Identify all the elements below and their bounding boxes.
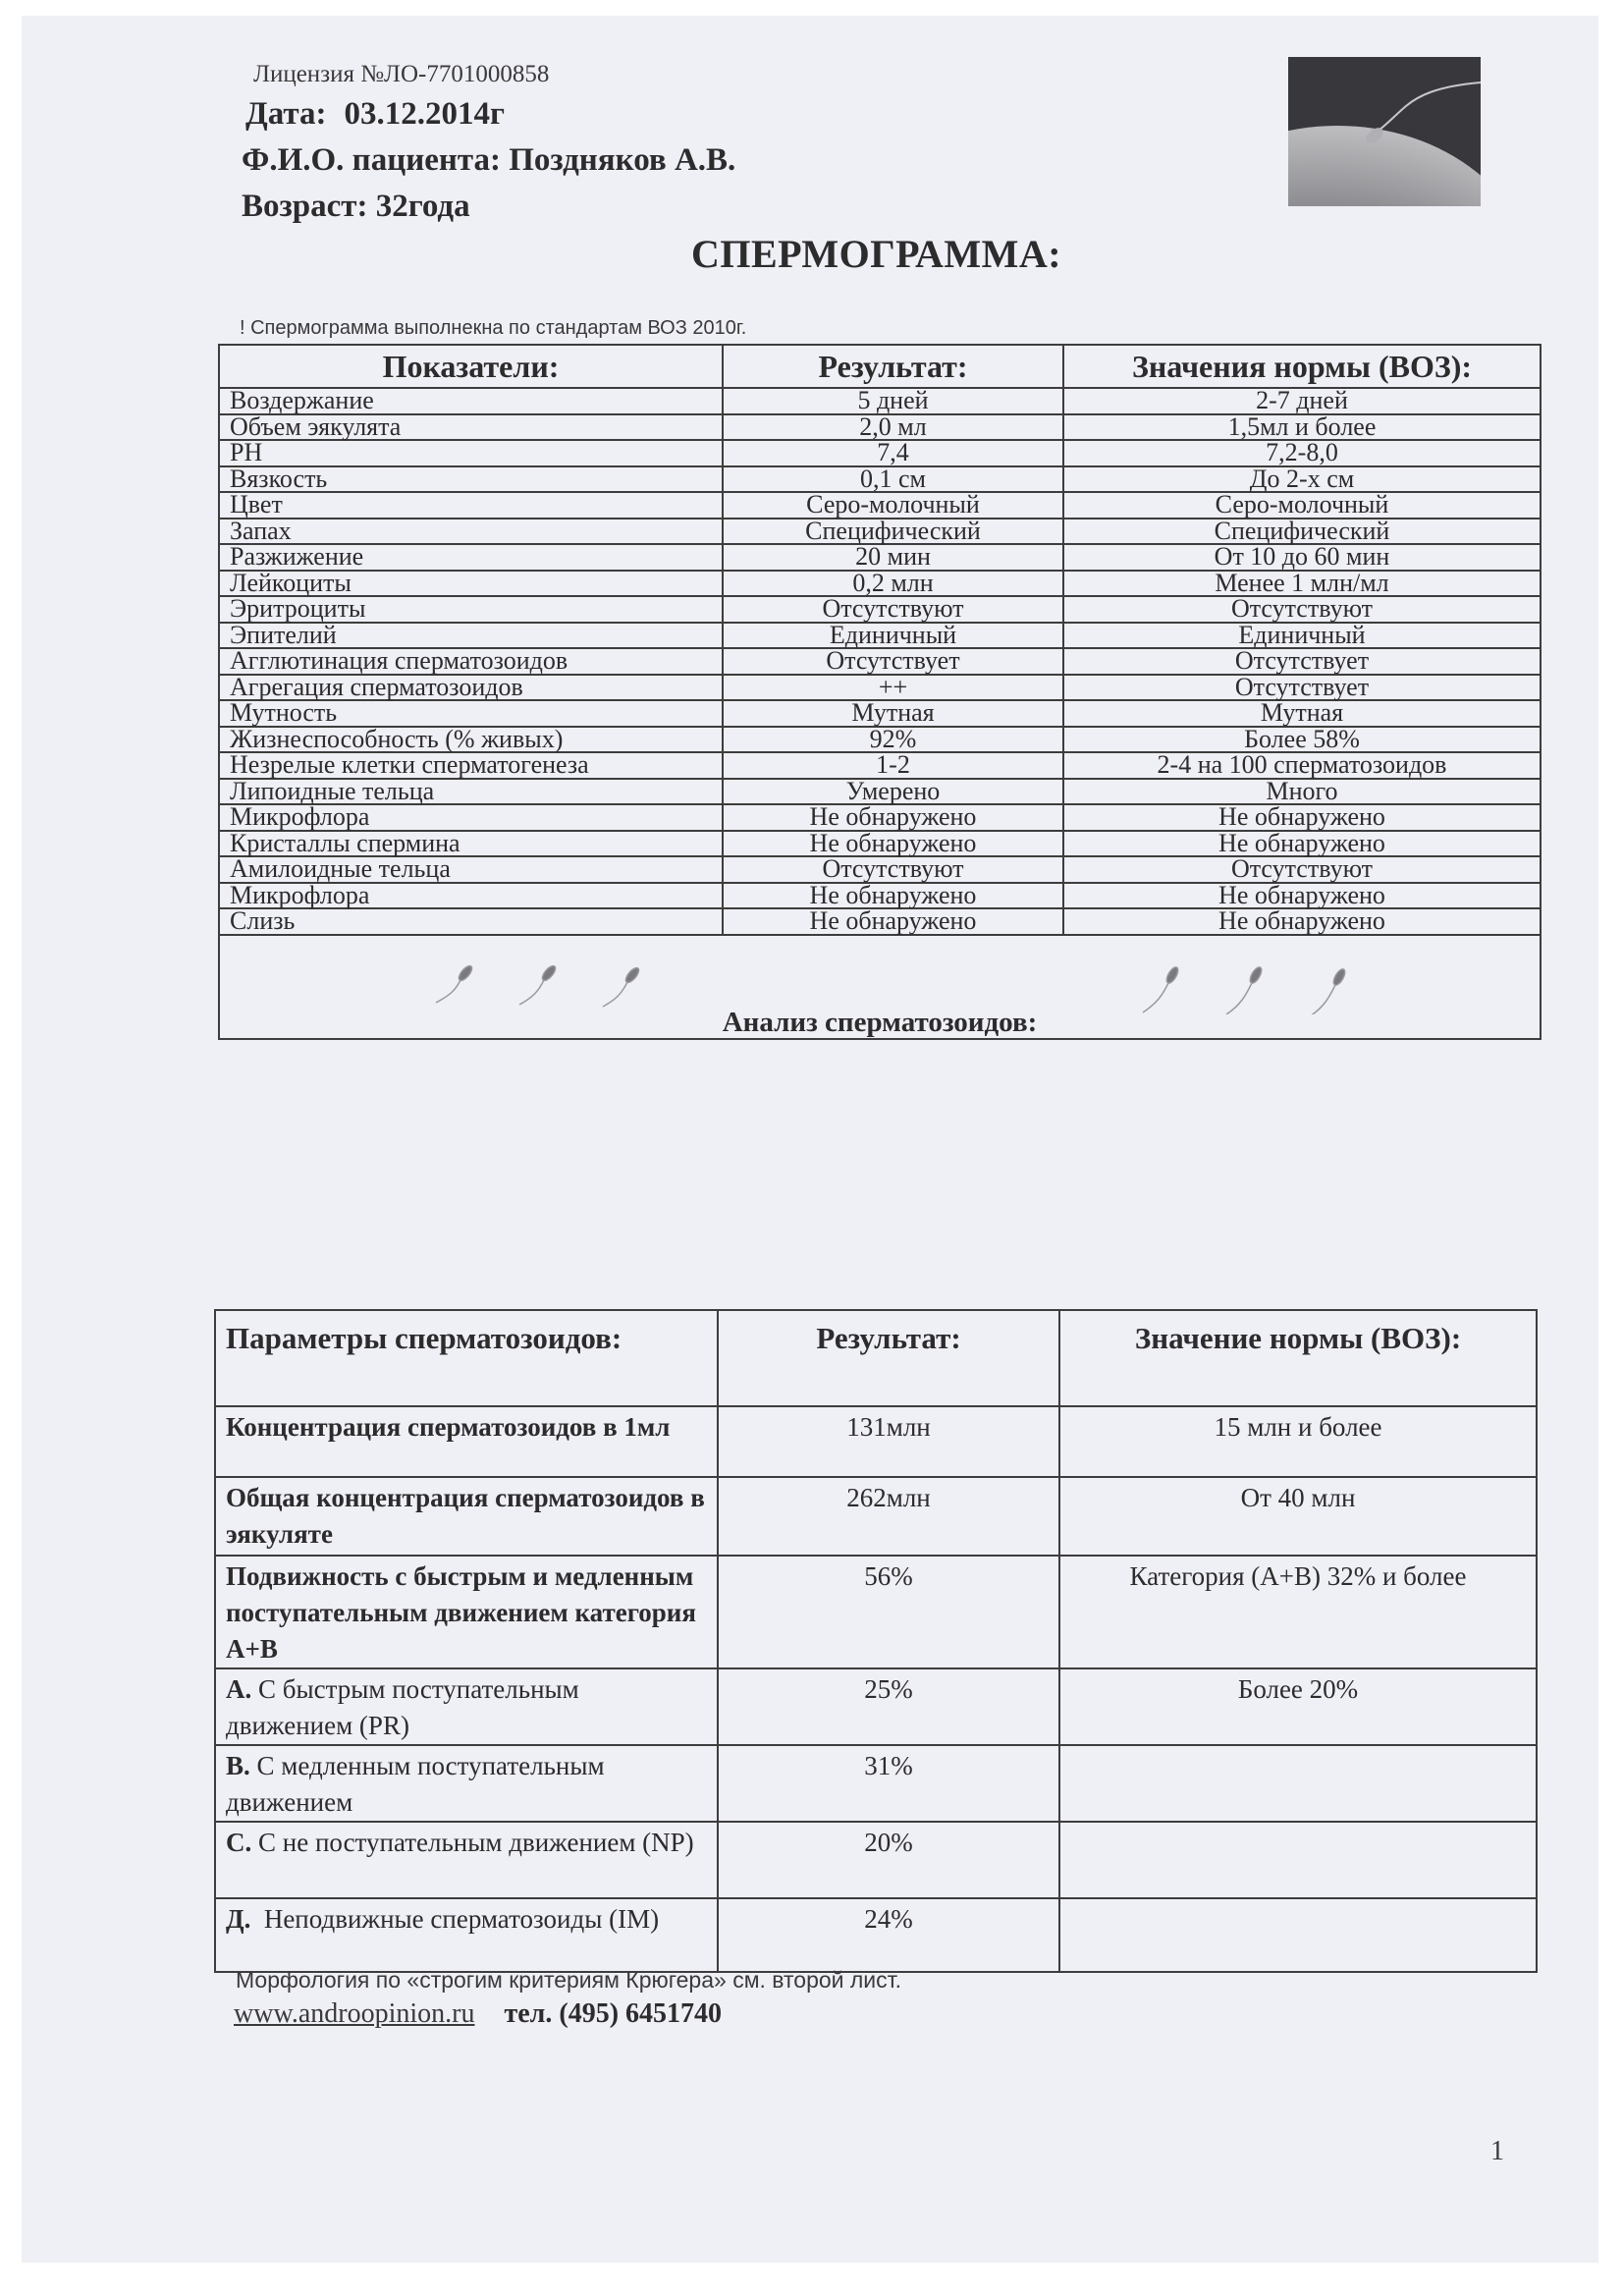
parameter-cell: С. С не поступательным движением (NP) <box>215 1822 718 1898</box>
indicator-cell: Воздержание <box>219 388 723 414</box>
indicator-cell: Запах <box>219 519 723 545</box>
parameter-cell: Д. Неподвижные сперматозоиды (IM) <box>215 1898 718 1972</box>
indicator-cell: Жизнеспособность (% живых) <box>219 727 723 753</box>
result-cell: Не обнаружено <box>723 908 1063 935</box>
norm-cell: До 2-х см <box>1063 466 1541 493</box>
norm-cell: 2-7 дней <box>1063 388 1541 414</box>
result-cell: 31% <box>718 1745 1059 1822</box>
norm-cell: Мутная <box>1063 700 1541 727</box>
table-row: А. С быстрым поступательным движением (P… <box>215 1668 1537 1745</box>
norm-cell: Не обнаружено <box>1063 883 1541 909</box>
standards-note: ! Спермограмма выполнекна по стандартам … <box>240 317 746 340</box>
date-value: 03.12.2014г <box>344 96 505 132</box>
result-cell: 7,4 <box>723 440 1063 466</box>
sperm-egg-photo <box>1288 57 1481 206</box>
indicator-cell: Лейкоциты <box>219 571 723 597</box>
table-row: PH7,47,2-8,0 <box>219 440 1541 466</box>
result-cell: Не обнаружено <box>723 831 1063 857</box>
norm-cell <box>1059 1745 1537 1822</box>
norm-cell: 1,5мл и более <box>1063 414 1541 441</box>
page-number: 1 <box>1490 2136 1504 2167</box>
parameter-label: С не поступательным движением (NP) <box>251 1828 693 1857</box>
result-cell: Отсутствует <box>723 648 1063 675</box>
license-number: Лицензия №ЛО-7701000858 <box>253 61 549 88</box>
norm-cell: Много <box>1063 779 1541 805</box>
table-row: Разжижение20 минОт 10 до 60 мин <box>219 544 1541 571</box>
table-row: Липоидные тельцаУмереноМного <box>219 779 1541 805</box>
result-cell: 0,1 см <box>723 466 1063 493</box>
result-cell: Мутная <box>723 700 1063 727</box>
section-divider-row: Анализ сперматозоидов: <box>219 935 1541 1039</box>
norm-cell: Более 20% <box>1059 1668 1537 1745</box>
result-cell: Специфический <box>723 519 1063 545</box>
norm-cell: Более 58% <box>1063 727 1541 753</box>
indicator-cell: Слизь <box>219 908 723 935</box>
table-row: ЗапахСпецифическийСпецифический <box>219 519 1541 545</box>
table-row: МикрофлораНе обнаруженоНе обнаружено <box>219 804 1541 831</box>
result-cell: Умерено <box>723 779 1063 805</box>
table-row: Жизнеспособность (% живых)92%Более 58% <box>219 727 1541 753</box>
norm-cell: Не обнаружено <box>1063 804 1541 831</box>
table-row: Агглютинация сперматозоидовОтсутствуетОт… <box>219 648 1541 675</box>
norm-cell: Единичный <box>1063 623 1541 649</box>
norm-cell: От 10 до 60 мин <box>1063 544 1541 571</box>
column-header-norm: Значения нормы (ВОЗ): <box>1063 345 1541 388</box>
parameter-label: Общая концентрация сперматозоидов в эяку… <box>226 1483 712 1549</box>
exam-date: Дата:03.12.2014г <box>245 96 505 133</box>
category-letter: Д. <box>226 1904 250 1934</box>
table-row: Лейкоциты0,2 млнМенее 1 млн/мл <box>219 571 1541 597</box>
norm-cell: Не обнаружено <box>1063 908 1541 935</box>
table-row: СлизьНе обнаруженоНе обнаружено <box>219 908 1541 935</box>
indicator-cell: Амилоидные тельца <box>219 856 723 883</box>
indicator-cell: Цвет <box>219 492 723 519</box>
table-row: Амилоидные тельцаОтсутствуютОтсутствуют <box>219 856 1541 883</box>
sperm-decoration-right-icon <box>1104 956 1359 1014</box>
contact-footer: www.androopinion.ruтел. (495) 6451740 <box>234 1998 722 2030</box>
sperm-analysis-table: Параметры сперматозоидов: Результат: Зна… <box>214 1309 1538 1973</box>
date-label: Дата: <box>245 96 326 132</box>
indicator-cell: Разжижение <box>219 544 723 571</box>
result-cell: 2,0 мл <box>723 414 1063 441</box>
column-header-result: Результат: <box>718 1310 1059 1406</box>
result-cell: 25% <box>718 1668 1059 1745</box>
table-row: Подвижность с быстрым и медленным поступ… <box>215 1556 1537 1668</box>
norm-cell: Специфический <box>1063 519 1541 545</box>
website-link[interactable]: www.androopinion.ru <box>234 1998 474 2029</box>
norm-cell <box>1059 1822 1537 1898</box>
parameter-label: Неподвижные сперматозоиды (IM) <box>250 1904 659 1934</box>
indicator-cell: Эритроциты <box>219 596 723 623</box>
table-row: Кристаллы сперминаНе обнаруженоНе обнару… <box>219 831 1541 857</box>
result-cell: 92% <box>723 727 1063 753</box>
result-cell: ++ <box>723 675 1063 701</box>
table-row: Воздержание5 дней2-7 дней <box>219 388 1541 414</box>
norm-cell <box>1059 1898 1537 1972</box>
result-cell: Не обнаружено <box>723 804 1063 831</box>
norm-cell: Серо-молочный <box>1063 492 1541 519</box>
column-header-result: Результат: <box>723 345 1063 388</box>
indicator-cell: Микрофлора <box>219 883 723 909</box>
indicator-cell: Объем эякулята <box>219 414 723 441</box>
result-cell: 20% <box>718 1822 1059 1898</box>
parameter-cell: А. С быстрым поступательным движением (P… <box>215 1668 718 1745</box>
parameter-label: С быстрым поступательным движением (PR) <box>226 1674 586 1740</box>
table-row: Вязкость0,1 смДо 2-х см <box>219 466 1541 493</box>
table-row: МикрофлораНе обнаруженоНе обнаружено <box>219 883 1541 909</box>
indicator-cell: Агглютинация сперматозоидов <box>219 648 723 675</box>
result-cell: 0,2 млн <box>723 571 1063 597</box>
indicator-cell: Кристаллы спермина <box>219 831 723 857</box>
parameter-label: С медленным поступательным движением <box>226 1751 611 1817</box>
parameter-cell: Общая концентрация сперматозоидов в эяку… <box>215 1477 718 1556</box>
page-title: СПЕРМОГРАММА: <box>691 231 1061 277</box>
column-header-indicator: Показатели: <box>219 345 723 388</box>
parameter-label: Подвижность с быстрым и медленным поступ… <box>226 1561 703 1664</box>
result-cell: 131млн <box>718 1406 1059 1477</box>
section-title: Анализ сперматозоидов: <box>220 1011 1540 1034</box>
table-row: МутностьМутнаяМутная <box>219 700 1541 727</box>
patient-age: Возраст: 32года <box>242 189 470 225</box>
result-cell: Серо-молочный <box>723 492 1063 519</box>
indicator-cell: Липоидные тельца <box>219 779 723 805</box>
result-cell: 262млн <box>718 1477 1059 1556</box>
patient-name: Ф.И.О. пациента: Поздняков А.В. <box>242 142 735 179</box>
category-letter: С. <box>226 1828 251 1857</box>
parameter-cell: В. С медленным поступательным движением <box>215 1745 718 1822</box>
table-row: С. С не поступательным движением (NP)20% <box>215 1822 1537 1898</box>
indicator-cell: Микрофлора <box>219 804 723 831</box>
indicator-cell: Вязкость <box>219 466 723 493</box>
parameter-cell: Концентрация сперматозоидов в 1мл <box>215 1406 718 1477</box>
result-cell: 1-2 <box>723 752 1063 779</box>
table-row: Общая концентрация сперматозоидов в эяку… <box>215 1477 1537 1556</box>
table-header-row: Показатели: Результат: Значения нормы (В… <box>219 345 1541 388</box>
table-row: Д. Неподвижные сперматозоиды (IM)24% <box>215 1898 1537 1972</box>
result-cell: 56% <box>718 1556 1059 1668</box>
parameter-cell: Подвижность с быстрым и медленным поступ… <box>215 1556 718 1668</box>
section-divider: Анализ сперматозоидов: <box>219 935 1541 1039</box>
norm-cell: Отсутствуют <box>1063 596 1541 623</box>
norm-cell: Категория (А+В) 32% и более <box>1059 1556 1537 1668</box>
morphology-note: Морфология по «строгим критериям Крюгера… <box>236 1967 901 1994</box>
table-row: Агрегация сперматозоидов++Отсутствует <box>219 675 1541 701</box>
norm-cell: 7,2-8,0 <box>1063 440 1541 466</box>
norm-cell: Отсутствует <box>1063 648 1541 675</box>
parameter-label: Концентрация сперматозоидов в 1мл <box>226 1412 670 1442</box>
table-row: Объем эякулята2,0 мл1,5мл и более <box>219 414 1541 441</box>
norm-cell: 2-4 на 100 сперматозоидов <box>1063 752 1541 779</box>
result-cell: Отсутствуют <box>723 856 1063 883</box>
result-cell: 20 мин <box>723 544 1063 571</box>
table-row: Концентрация сперматозоидов в 1мл131млн1… <box>215 1406 1537 1477</box>
semen-parameters-table: Показатели: Результат: Значения нормы (В… <box>218 344 1542 1040</box>
result-cell: Не обнаружено <box>723 883 1063 909</box>
indicator-cell: Агрегация сперматозоидов <box>219 675 723 701</box>
sperm-decoration-left-icon <box>406 956 642 1014</box>
phone-number: тел. (495) 6451740 <box>504 1998 722 2029</box>
norm-cell: Менее 1 млн/мл <box>1063 571 1541 597</box>
result-cell: 24% <box>718 1898 1059 1972</box>
table-row: ЭпителийЕдиничныйЕдиничный <box>219 623 1541 649</box>
column-header-parameters: Параметры сперматозоидов: <box>215 1310 718 1406</box>
table-row: Незрелые клетки сперматогенеза1-22-4 на … <box>219 752 1541 779</box>
norm-cell: Не обнаружено <box>1063 831 1541 857</box>
table-row: В. С медленным поступательным движением3… <box>215 1745 1537 1822</box>
norm-cell: Отсутствует <box>1063 675 1541 701</box>
norm-cell: 15 млн и более <box>1059 1406 1537 1477</box>
indicator-cell: PH <box>219 440 723 466</box>
indicator-cell: Эпителий <box>219 623 723 649</box>
norm-cell: От 40 млн <box>1059 1477 1537 1556</box>
category-letter: А. <box>226 1674 251 1704</box>
norm-cell: Отсутствуют <box>1063 856 1541 883</box>
column-header-norm: Значение нормы (ВОЗ): <box>1059 1310 1537 1406</box>
table-row: ЭритроцитыОтсутствуютОтсутствуют <box>219 596 1541 623</box>
table-header-row: Параметры сперматозоидов: Результат: Зна… <box>215 1310 1537 1406</box>
result-cell: Единичный <box>723 623 1063 649</box>
indicator-cell: Незрелые клетки сперматогенеза <box>219 752 723 779</box>
table-row: ЦветСеро-молочныйСеро-молочный <box>219 492 1541 519</box>
result-cell: 5 дней <box>723 388 1063 414</box>
indicator-cell: Мутность <box>219 700 723 727</box>
result-cell: Отсутствуют <box>723 596 1063 623</box>
category-letter: В. <box>226 1751 250 1780</box>
